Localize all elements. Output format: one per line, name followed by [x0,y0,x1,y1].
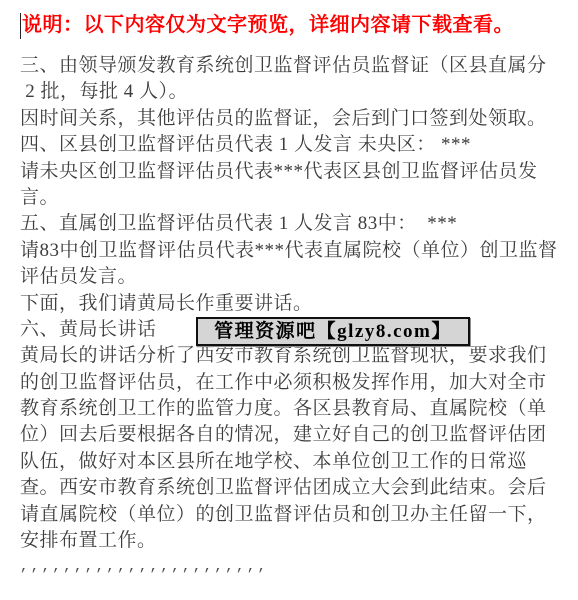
text-line: 请83中创卫监督评估员代表***代表直属院校（单位）创卫监督 [20,238,568,264]
preview-notice: 说明：以下内容仅为文字预览，详细内容请下载查看。 [22,12,514,39]
text-line: 言。 [20,185,568,211]
dotted-line: ,,,,,,,,,,,,,,,,,,,,,,, [20,554,568,580]
text-line: 下面，我们请黄局长作重要讲话。 [20,291,568,317]
text-line: 三、由领导颁发教育系统创卫监督评估员监督证（区县直属分 [20,53,568,79]
text-segment: 要求我们 [469,345,547,366]
text-cursor [20,13,21,39]
text-line: 因时间关系，其他评估员的监督证，会后到门口签到处领取。 [20,106,568,132]
text-line: 查。西安市教育系统创卫监督评估团成立大会到此结束。会后 [20,475,568,501]
text-line: 教育系统创卫工作的监管力度。各区县教育局、直属院校（单 [20,396,568,422]
text-line: 2 批，每批 4 人）。 [20,79,568,105]
text-line: 五、直属创卫监督评估员代表 1 人发言 83中： *** [20,211,568,237]
text-segment: 黄局长的讲话分析了 [20,345,196,366]
text-line: 队伍，做好对本区县所在地学校、本单位创卫工作的日常巡 [20,449,568,475]
text-line: 评估员发言。 [20,264,568,290]
text-line: 请直属院校（单位）的创卫监督评估员和创卫办主任留一下， [20,502,568,528]
watermark-label: 管理资源吧【glzy8.com】 [214,321,452,342]
watermark-box: 管理资源吧【glzy8.com】 [196,317,470,346]
text-line: 黄局长的讲话分析了西安市教育系统创卫监督现状，要求我们 [20,343,568,369]
text-line: 四、区县创卫监督评估员代表 1 人发言 未央区： *** [20,132,568,158]
text-line: 安排布置工作。 [20,528,568,554]
obscured-text-segment: 西安市教育系统创卫监督现状， [196,343,469,369]
text-line: 的创卫监督评估员，在工作中必须积极发挥作用，加大对全市 [20,370,568,396]
text-line: 请未央区创卫监督评估员代表***代表区县创卫监督评估员发 [20,159,568,185]
text-line: 位）回去后要根据各自的情况，建立好自己的创卫监督评估团 [20,422,568,448]
